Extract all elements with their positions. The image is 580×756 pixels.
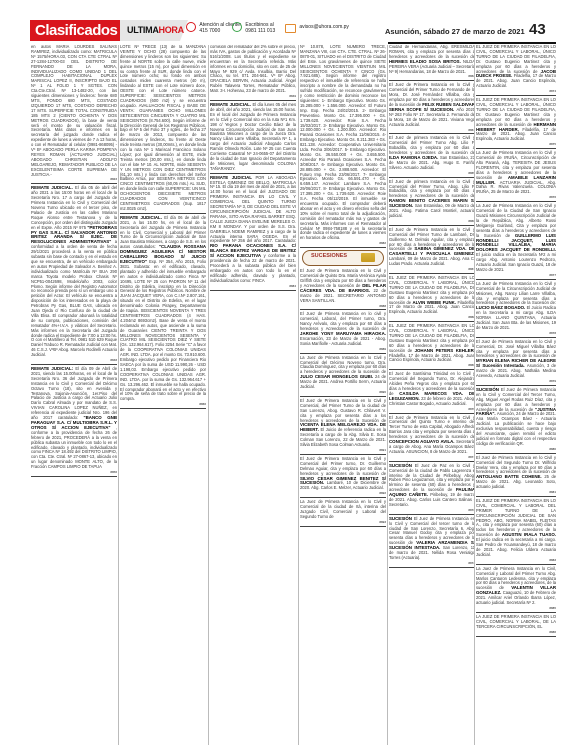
- ad-code: 8881: [476, 490, 556, 495]
- issue-date: Asunción, sábado 27 de marzo de 2021: [385, 27, 525, 36]
- classified-ad: El Juez de Primera Instancia en lo Civil…: [476, 340, 556, 386]
- classified-ad: LA JUEZ DE PRIMERA INSTANCIA EN LO CIVIL…: [476, 615, 556, 637]
- phone-icon: [186, 22, 196, 32]
- ad-body: El Juez de Primera Instancia en lo Civil…: [300, 456, 386, 476]
- ad-body: Ciudad de Hernandarias, Abg. ERESMILDA R…: [389, 45, 475, 59]
- ad-code: 8868: [389, 315, 475, 320]
- ad-code: 8873: [389, 561, 475, 566]
- ad-code: 8876: [476, 195, 556, 200]
- ad-code: 8866: [120, 402, 206, 407]
- contact-whatsapp: Escribinos al0981 111 013: [232, 22, 275, 34]
- classified-ad: EL JUEZ DE PRIMERA INSTANCIA EN LO CIVIL…: [389, 276, 475, 322]
- classified-ad: EL JUEZ DE PRIMERA INSTANCIA EN LO CIVIL…: [476, 98, 556, 149]
- ad-body: El Juez de Primera Instancia en lo Civil…: [476, 339, 556, 359]
- classified-ad: en autos MARIA LOURDES SALINAS RAMIREZ, …: [31, 45, 117, 184]
- classified-ad: El Juez de primera Instancia en lo Civil…: [389, 180, 475, 226]
- column-divider: [118, 45, 119, 745]
- ad-body: POR LA ABOGADA ESTELA GIMENEZ DE BELLO, …: [210, 175, 296, 244]
- ad-code: 8877: [476, 273, 556, 278]
- ad-code: 8893: [300, 520, 386, 525]
- email-icon: [285, 24, 296, 33]
- ad-body: La Juez de Primera Instancia en lo Civil…: [300, 499, 386, 519]
- ad-code: 8878: [476, 331, 556, 336]
- column-divider: [387, 45, 388, 745]
- ad-body-tail: El juicio radica en la secretaría a mi c…: [476, 537, 556, 557]
- column-divider: [208, 45, 209, 745]
- ad-body: El Juez de primera Instancia en lo Civil…: [389, 135, 475, 155]
- family-tree-icon: [361, 253, 375, 262]
- ad-body: El día lunes 05 del mes de abril, del añ…: [210, 102, 296, 171]
- ad-code: 8890: [300, 390, 386, 395]
- ad-code: 8870: [389, 407, 475, 412]
- ad-body-tail: , conforme a la providencia de fecha 26 …: [31, 425, 117, 469]
- classified-ad: EL JUEZ DE PRIMERA INSTANCIA EN LO CIVIL…: [389, 324, 475, 370]
- ad-code: 8888: [300, 304, 386, 309]
- ad-code: 8867: [389, 267, 475, 272]
- classified-ad: El Juez de Primera Instancia en lo Civil…: [300, 457, 386, 498]
- classified-ad: comisión del rematador del 2% sobre el p…: [210, 45, 296, 101]
- ad-code: 8856: [31, 470, 117, 475]
- classified-ad: LOTE Nº TRECE (13) de la MANZANA VEINTE …: [120, 45, 206, 214]
- classified-ad: El Juez de Primera Instancia en lo civil…: [300, 312, 386, 353]
- section-title: Clasificados: [30, 20, 120, 41]
- ad-code: 8866: [389, 219, 475, 224]
- ad-code: 8848: [31, 358, 117, 363]
- column-1: en autos MARIA LOURDES SALINAS RAMIREZ, …: [31, 45, 117, 745]
- page-header: Clasificados ULTIMAHORA Atención al clie…: [0, 20, 580, 40]
- classified-ad: REMATE JUDICIAL: El día 09 de Abril de 2…: [31, 367, 117, 477]
- ad-code: 8871: [389, 455, 475, 460]
- ad-body-tail: Encarnación, 23 de Marzo de 2021 - Abog.…: [300, 336, 386, 346]
- ad-code: 8892: [300, 491, 386, 496]
- classified-ad: SUCESIÓN El Juez de Primera Instancia en…: [476, 388, 556, 454]
- ad-body: La Juez de Primera Instancia en lo Civil…: [300, 355, 386, 375]
- ad-code: 8823: [31, 177, 117, 182]
- ad-body-tail: Exp. Nº 354, Año 2015, Folio 3831. Subas…: [120, 259, 206, 401]
- ad-code: 8874: [476, 89, 556, 94]
- ad-body: El Juez de Primera Instancia en lo Civil…: [300, 398, 386, 423]
- section-label: SUCESIONES: [311, 254, 347, 259]
- ad-body-tail: Asunción, 24 de Marzo de 2021. Ana María…: [476, 411, 556, 445]
- classified-ad: El Juez de Primera Instancia en lo Civil…: [300, 269, 386, 310]
- ad-code: 8872: [389, 508, 475, 513]
- ad-code: 8883: [476, 558, 556, 563]
- ad-body: El Juez de Primera Instancia en lo Civil…: [476, 455, 556, 475]
- classified-ad: La Juez de Primera Instancia en lo Civil…: [300, 500, 386, 527]
- classified-ad: El Juez de Primera Instancia en lo Civil…: [300, 399, 386, 455]
- ad-code: 8875: [476, 142, 556, 147]
- column-4: Nº 10.878, LOTE NUMERO TRECE, MANZANA VI…: [300, 45, 386, 745]
- header-rule: [388, 42, 556, 44]
- classified-ad: El Juez de primera Instancia en lo Civil…: [389, 136, 475, 177]
- page-number: 43: [529, 21, 546, 38]
- ad-body: La Juez de Primera Instancia en lo Civil…: [476, 281, 556, 306]
- column-3: comisión del rematador del 2% sobre el p…: [210, 45, 296, 745]
- ad-body: LOTE Nº TRECE (13) de la MANZANA VEINTE …: [120, 45, 206, 211]
- classified-ad: El Juez de Primera Instancia en lo Civil…: [476, 456, 556, 497]
- ad-code: 8862: [389, 74, 475, 79]
- column-6: EL JUEZ DE PRIMERA INSTANCIA EN LO CIVIL…: [476, 45, 556, 745]
- classified-ad: REMATE JUDICIAL. El día 05 de abril del …: [31, 186, 117, 365]
- ad-body-tail: a conformidad a la orden de venta de fec…: [31, 239, 117, 357]
- classified-ad: La Juez de Primera Instancia en lo Civil…: [476, 282, 556, 338]
- classified-ad: El Juez de Primera Instancia en lo Civil…: [389, 83, 475, 134]
- newspaper-logo: ULTIMAHORA: [127, 25, 184, 35]
- ad-code: 8889: [300, 347, 386, 352]
- column-2: LOTE Nº TRECE (13) de la MANZANA VEINTE …: [120, 45, 206, 745]
- ad-code: 8885: [476, 606, 556, 611]
- contact-email[interactable]: avisos@uhora.com.py: [285, 24, 349, 33]
- ad-code: 8882: [300, 241, 386, 246]
- classified-ad: REMATE JUDICIAL. El día 06 de abril de 2…: [120, 216, 206, 409]
- sucesiones-section-header: SUCESIONES: [302, 250, 384, 266]
- ad-body: Nº 10.878, LOTE NUMERO TRECE, MANZANA VI…: [300, 45, 386, 240]
- classified-ad: La Juez de Primera Instancia en lo Civil…: [300, 356, 386, 397]
- classified-ad: El Juez de Primera Instancia en lo Civil…: [389, 416, 475, 462]
- classified-ad: El Juez de Santísima Trinidad en lo Civi…: [389, 372, 475, 413]
- ad-code: 8891: [300, 448, 386, 453]
- ad-body: LA JUEZ DE PRIMERA INSTANCIA EN LO CIVIL…: [476, 614, 556, 629]
- ad-body-tail: El juicio radica en la Secretaría Nº2 a …: [476, 252, 556, 272]
- classified-ad: El Juez de Primera Instancia en lo Civil…: [389, 228, 475, 274]
- column-divider: [474, 45, 475, 745]
- whatsapp-icon: [232, 22, 242, 32]
- column-5: Ciudad de Hernandarias, Abg. ERESMILDA R…: [389, 45, 475, 745]
- ad-body-tail: Filadelfia, 17 de Marzo de 2021. Abog. J…: [389, 353, 475, 363]
- classified-ad: La Juez de Primera Instancia en lo Civil…: [476, 567, 556, 613]
- ad-code: 8864: [389, 128, 475, 133]
- classified-ad: EL JUEZ DE PRIMERA INSTANCIA EN LO CIVIL…: [476, 499, 556, 565]
- column-divider: [298, 45, 299, 745]
- ad-body: El Juez de primera Instancia en lo Civil…: [389, 179, 475, 199]
- ad-code: 8886: [476, 630, 556, 635]
- classified-ad: REMATE JUDICIAL. El día lunes 05 del mes…: [210, 103, 296, 174]
- classified-ad: EL JUEZ DE PRIMERA INSTANCIA EN LO CIVIL…: [476, 45, 556, 96]
- classified-ad: La Juez de Primera Instancia en lo Civil…: [476, 204, 556, 280]
- ad-code: 8884: [210, 284, 296, 289]
- ad-body: El Juez de Primera Instancia en lo Civil…: [389, 415, 475, 440]
- ad-body: comisión del rematador del 2% sobre el p…: [210, 45, 296, 93]
- ad-body-tail: Lambaré, 09 de Marzo de 2021. Abog. Ana …: [389, 256, 475, 266]
- classified-ad: SUCESIÓN El Juez de Paz en lo Civil y Co…: [389, 464, 475, 515]
- ad-code: 8865: [389, 171, 475, 176]
- ad-code: 8880: [476, 447, 556, 452]
- classified-ad: REMATE JUDICIAL POR LA ABOGADA ESTELA GI…: [210, 176, 296, 291]
- ad-body: El día 05 de abril del año 2021 a las 15…: [31, 185, 117, 229]
- classified-ad: SUCESIÓN El Juez de Primera Instancia en…: [389, 517, 475, 568]
- ad-body-tail: y conforme a la providencia de fecha 22 …: [210, 253, 296, 283]
- classified-ad: Ciudad de Hernandarias, Abg. ERESMILDA R…: [389, 45, 475, 81]
- ad-body: El Juez de Primera Instancia en lo civil…: [300, 311, 386, 331]
- ad-code: 8869: [389, 363, 475, 368]
- classified-ad: La Juez de Primera Instancia en lo Civil…: [476, 151, 556, 202]
- ad-code: 8849: [210, 94, 296, 99]
- ad-body: en autos MARIA LOURDES SALINAS RAMIREZ, …: [31, 45, 117, 177]
- classified-ad: Nº 10.878, LOTE NUMERO TRECE, MANZANA VI…: [300, 45, 386, 248]
- ad-code: 8879: [476, 379, 556, 384]
- ad-body: El día 09 de Abril de 2021, siendo las 1…: [31, 366, 117, 420]
